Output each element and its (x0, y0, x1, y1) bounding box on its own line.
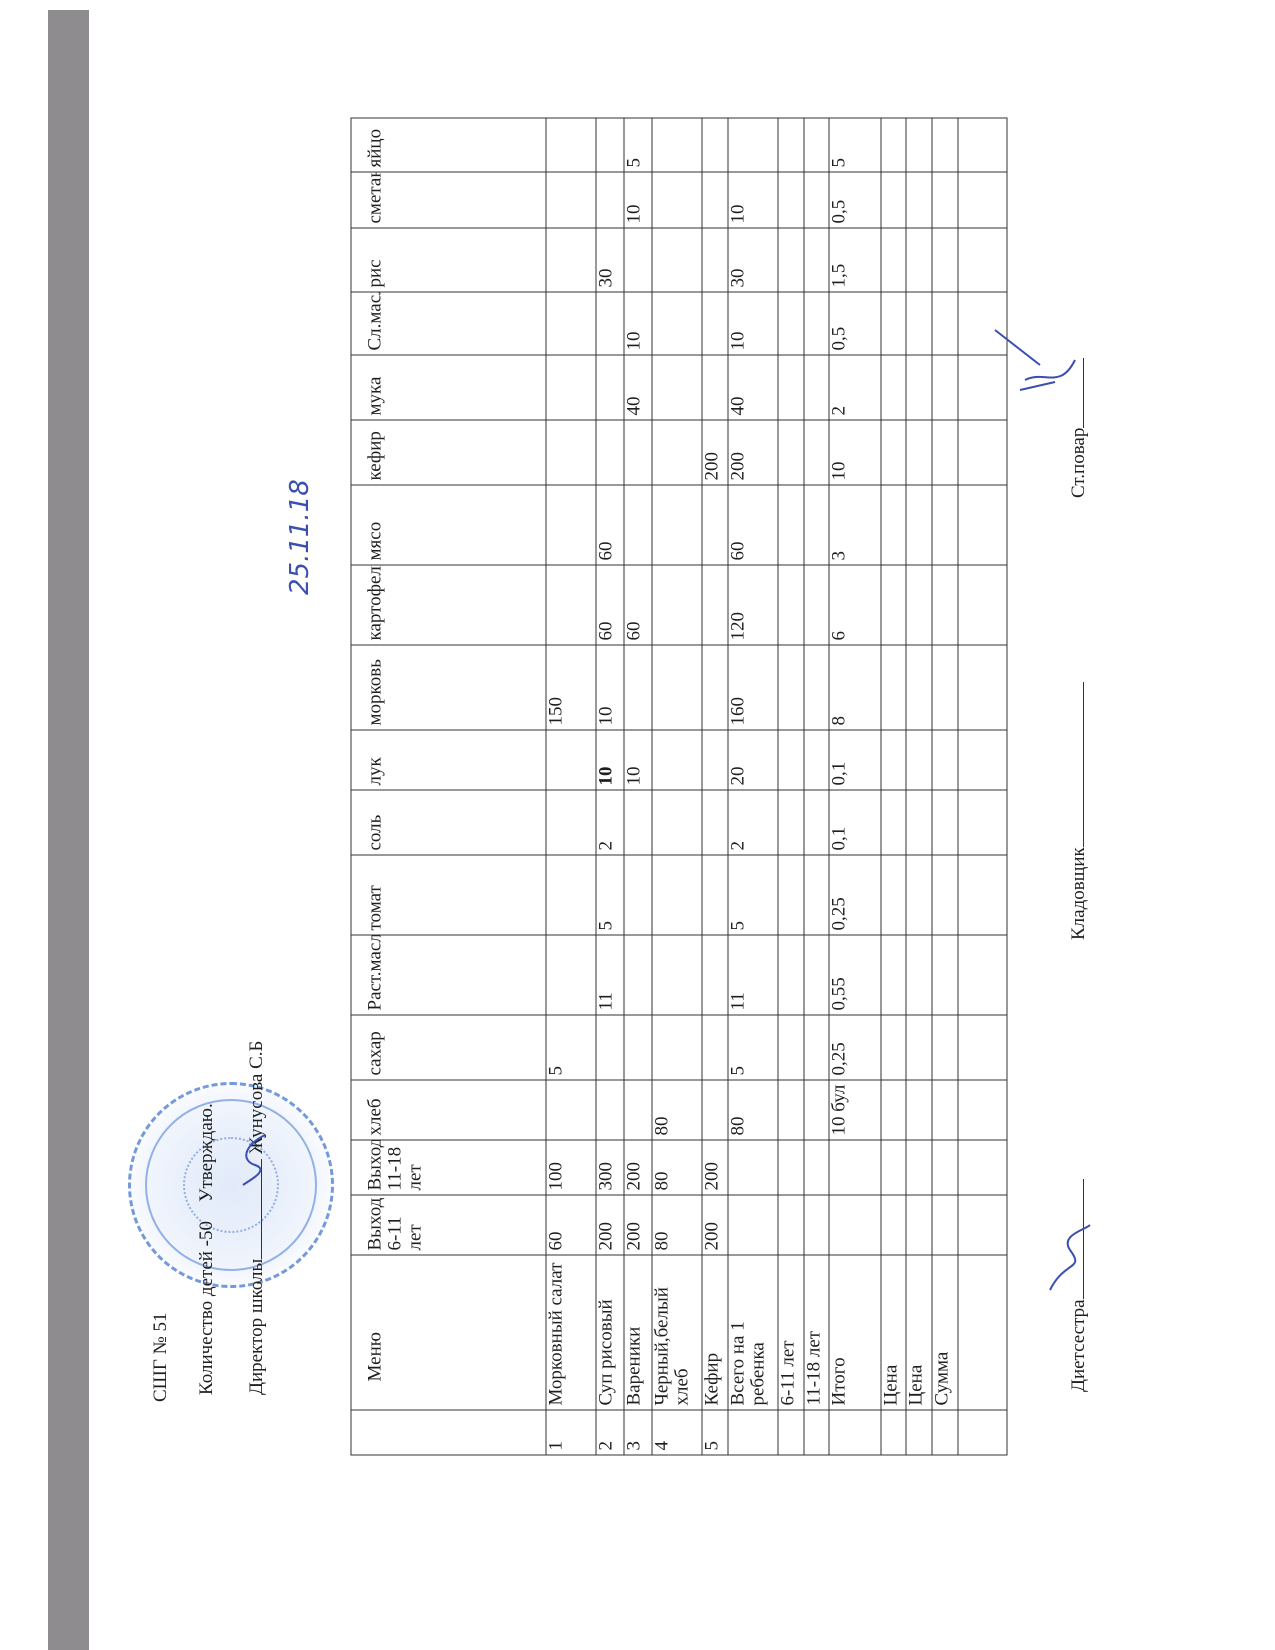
table-cell: 80 (652, 1080, 702, 1140)
approve-label: Утверждаю. (196, 1103, 217, 1202)
table-cell (652, 228, 702, 292)
dish-name: Вареники (624, 1255, 652, 1410)
table-cell (778, 420, 804, 485)
school-name: СШГ № 51 (150, 1313, 171, 1402)
table-cell: 200 (702, 1140, 728, 1195)
table-cell (596, 172, 624, 228)
table-cell (804, 1195, 829, 1255)
column-header: яйцо (351, 118, 546, 172)
dish-name: Черный,белый хлеб (652, 1255, 702, 1410)
table-cell (958, 485, 1007, 565)
table-cell: 150 (546, 645, 596, 730)
table-cell (778, 172, 804, 228)
dish-name: 6-11 лет (778, 1255, 804, 1410)
table-cell (881, 420, 906, 485)
table-cell (906, 565, 932, 645)
row-number: 2 (596, 1410, 624, 1455)
table-cell (702, 292, 728, 355)
table-cell (932, 1015, 958, 1080)
table-cell (829, 1140, 881, 1195)
row-number: 5 (702, 1410, 728, 1455)
table-cell (624, 420, 652, 485)
table-cell: 10 (728, 292, 778, 355)
table-cell: 10 (829, 420, 881, 485)
column-header: рис (351, 228, 546, 292)
table-cell: 0,25 (829, 1015, 881, 1080)
column-header: картофель (351, 565, 546, 645)
table-cell (906, 118, 932, 172)
table-cell: 30 (728, 228, 778, 292)
table-cell (624, 855, 652, 935)
column-header: сахар (351, 1015, 546, 1080)
storekeeper-label: Кладовщик (1068, 847, 1089, 940)
table-cell (804, 172, 829, 228)
table-cell (932, 118, 958, 172)
row-number (829, 1410, 881, 1455)
children-count-line: Количество детей -50 Утверждаю. (196, 1103, 218, 1395)
table-cell (624, 645, 652, 730)
table-cell: 0,25 (829, 855, 881, 935)
table-cell (702, 1015, 728, 1080)
table-cell (932, 645, 958, 730)
table-cell: 200 (702, 1195, 728, 1255)
table-cell (906, 1015, 932, 1080)
table-cell (932, 420, 958, 485)
table-cell (702, 730, 728, 790)
column-header: мясо (351, 485, 546, 565)
table-cell (546, 485, 596, 565)
table-cell (624, 228, 652, 292)
table-cell (624, 935, 652, 1015)
table-cell (906, 1195, 932, 1255)
table-cell (881, 1140, 906, 1195)
table-cell: 20 (728, 730, 778, 790)
table-row: Итого10 бул0,250,550,250,10,18631020,51,… (829, 118, 881, 1455)
dietitian-signature (1040, 1220, 1100, 1300)
table-cell: 8 (829, 645, 881, 730)
table-cell (881, 1195, 906, 1255)
table-cell (829, 1195, 881, 1255)
table-cell (906, 355, 932, 420)
table-cell (881, 355, 906, 420)
table-cell: 60 (596, 485, 624, 565)
column-header: лук (351, 730, 546, 790)
table-cell (546, 172, 596, 228)
table-cell (881, 790, 906, 855)
row-number (728, 1410, 778, 1455)
table-cell (702, 1080, 728, 1140)
table-row: 2Суп рисовый20030011521010606030 (596, 118, 624, 1455)
menu-table-container: МенюВыход 6-11 летВыход 11-18 летхлебсах… (350, 118, 1006, 1455)
dish-name: Цена (906, 1255, 932, 1410)
table-cell: 200 (702, 420, 728, 485)
table-cell: 10 (624, 730, 652, 790)
table-cell (702, 172, 728, 228)
table-cell (958, 1080, 1007, 1140)
table-cell (546, 730, 596, 790)
table-cell (804, 565, 829, 645)
table-cell: 200 (596, 1195, 624, 1255)
table-cell: 30 (596, 228, 624, 292)
table-cell (596, 292, 624, 355)
table-cell (906, 485, 932, 565)
dish-name (958, 1255, 1007, 1410)
table-cell (702, 790, 728, 855)
table-cell: 5 (728, 1015, 778, 1080)
school-title: СШГ № 51 (150, 1313, 172, 1402)
table-cell (624, 1080, 652, 1140)
dish-name: Кефир (702, 1255, 728, 1410)
table-cell (546, 355, 596, 420)
table-cell: 10 (624, 292, 652, 355)
table-cell (804, 292, 829, 355)
table-cell (596, 1015, 624, 1080)
table-cell (702, 645, 728, 730)
table-cell: 10 (596, 645, 624, 730)
table-cell (778, 1080, 804, 1140)
table-cell (728, 1140, 778, 1195)
table-cell (804, 645, 829, 730)
table-cell (652, 645, 702, 730)
table-cell (652, 935, 702, 1015)
table-cell (702, 935, 728, 1015)
table-cell (728, 118, 778, 172)
table-cell (652, 355, 702, 420)
official-stamp (128, 1082, 334, 1288)
table-cell (932, 228, 958, 292)
table-cell (778, 228, 804, 292)
table-cell (958, 855, 1007, 935)
row-number (932, 1410, 958, 1455)
table-cell (958, 1015, 1007, 1080)
table-row: 3Вареники20020010604010105 (624, 118, 652, 1455)
table-cell (778, 355, 804, 420)
table-cell (958, 118, 1007, 172)
table-cell (881, 1015, 906, 1080)
table-cell (804, 855, 829, 935)
table-cell (778, 565, 804, 645)
table-cell (652, 172, 702, 228)
table-cell (546, 935, 596, 1015)
table-cell: 40 (728, 355, 778, 420)
table-cell (652, 565, 702, 645)
row-number (881, 1410, 906, 1455)
table-cell (881, 645, 906, 730)
director-line: Директор школы Жунусова С.Б (246, 1041, 268, 1395)
table-row: 4Черный,белый хлеб808080 (652, 118, 702, 1455)
children-count: Количество детей -50 (196, 1221, 217, 1395)
table-cell (778, 645, 804, 730)
table-cell (906, 935, 932, 1015)
table-row (958, 118, 1007, 1455)
table-cell (932, 1080, 958, 1140)
table-cell (804, 1080, 829, 1140)
table-cell: 5 (624, 118, 652, 172)
table-cell: 160 (728, 645, 778, 730)
table-cell (958, 935, 1007, 1015)
table-cell (906, 730, 932, 790)
table-cell: 3 (829, 485, 881, 565)
table-cell (958, 1195, 1007, 1255)
table-cell (652, 420, 702, 485)
table-cell (778, 292, 804, 355)
table-cell (778, 790, 804, 855)
table-cell: 10 (624, 172, 652, 228)
column-header: мука (351, 355, 546, 420)
table-cell (804, 1015, 829, 1080)
table-cell (596, 118, 624, 172)
table-cell: 60 (596, 565, 624, 645)
table-cell (881, 1080, 906, 1140)
table-cell: 5 (728, 855, 778, 935)
table-cell (932, 935, 958, 1015)
table-cell (881, 118, 906, 172)
table-cell (932, 292, 958, 355)
table-row: Цена (906, 118, 932, 1455)
row-number (958, 1410, 1007, 1455)
table-cell (596, 1080, 624, 1140)
table-cell (546, 420, 596, 485)
table-cell (932, 730, 958, 790)
table-cell (881, 228, 906, 292)
table-cell (958, 420, 1007, 485)
table-row: 6-11 лет (778, 118, 804, 1455)
table-row: Всего на 1 ребенка8051152201601206020040… (728, 118, 778, 1455)
table-cell (804, 485, 829, 565)
table-cell (546, 565, 596, 645)
table-cell: 120 (728, 565, 778, 645)
table-cell: 200 (624, 1195, 652, 1255)
column-header: сметана (351, 172, 546, 228)
dish-name: Итого (829, 1255, 881, 1410)
table-cell (958, 645, 1007, 730)
table-cell (804, 790, 829, 855)
header-row: МенюВыход 6-11 летВыход 11-18 летхлебсах… (351, 118, 546, 1455)
table-cell: 0,5 (829, 292, 881, 355)
table-cell (778, 1015, 804, 1080)
table-cell: 0,5 (829, 172, 881, 228)
table-cell (652, 1015, 702, 1080)
table-cell (624, 1015, 652, 1080)
table-cell: 5 (596, 855, 624, 935)
table-cell (778, 855, 804, 935)
table-cell (932, 355, 958, 420)
dish-name: Сумма (932, 1255, 958, 1410)
column-header: морковь (351, 645, 546, 730)
table-cell (702, 855, 728, 935)
chef-signature (985, 320, 1095, 410)
table-cell (804, 355, 829, 420)
row-number: 1 (546, 1410, 596, 1455)
table-cell (958, 1140, 1007, 1195)
table-cell (958, 565, 1007, 645)
table-cell (932, 855, 958, 935)
table-cell (932, 790, 958, 855)
table-cell (652, 855, 702, 935)
table-cell (906, 420, 932, 485)
table-cell: 0,1 (829, 790, 881, 855)
table-cell: 10 (728, 172, 778, 228)
table-cell (652, 730, 702, 790)
table-cell (778, 485, 804, 565)
column-header: Сл.масло (351, 292, 546, 355)
table-cell: 2 (728, 790, 778, 855)
table-cell: 200 (728, 420, 778, 485)
table-cell (778, 730, 804, 790)
table-cell (881, 485, 906, 565)
table-cell (906, 292, 932, 355)
table-cell (546, 228, 596, 292)
table-cell: 300 (596, 1140, 624, 1195)
table-cell (804, 228, 829, 292)
column-header: Выход 6-11 лет (351, 1195, 546, 1255)
table-cell (624, 485, 652, 565)
column-header: Меню (351, 1255, 546, 1410)
table-cell: 60 (728, 485, 778, 565)
table-cell: 1,5 (829, 228, 881, 292)
chef-label: Ст.повар (1068, 428, 1089, 498)
table-row: Сумма (932, 118, 958, 1455)
table-cell (881, 935, 906, 1015)
table-cell: 11 (728, 935, 778, 1015)
dish-name: 11-18 лет (804, 1255, 829, 1410)
table-cell (702, 228, 728, 292)
table-cell: 10 (596, 730, 624, 790)
dish-name: Цена (881, 1255, 906, 1410)
table-cell: 0,55 (829, 935, 881, 1015)
row-number: 3 (624, 1410, 652, 1455)
table-cell (804, 730, 829, 790)
row-number: 4 (652, 1410, 702, 1455)
table-cell: 80 (652, 1195, 702, 1255)
table-cell (932, 1140, 958, 1195)
table-cell (932, 172, 958, 228)
table-cell (958, 172, 1007, 228)
table-cell (652, 790, 702, 855)
table-cell (702, 118, 728, 172)
table-cell: 2 (596, 790, 624, 855)
table-cell (881, 292, 906, 355)
table-cell (881, 172, 906, 228)
table-cell (906, 790, 932, 855)
table-cell (702, 565, 728, 645)
dish-name: Суп рисовый (596, 1255, 624, 1410)
director-signature (235, 1130, 275, 1190)
table-cell (881, 730, 906, 790)
column-header: хлеб (351, 1080, 546, 1140)
column-header: соль (351, 790, 546, 855)
row-number (906, 1410, 932, 1455)
scan-edge (48, 10, 89, 1650)
table-cell: 40 (624, 355, 652, 420)
table-cell: 6 (829, 565, 881, 645)
column-header: Раст.масло (351, 935, 546, 1015)
menu-table: МенюВыход 6-11 летВыход 11-18 летхлебсах… (350, 117, 1007, 1455)
table-cell (906, 855, 932, 935)
table-cell (932, 485, 958, 565)
table-cell (932, 565, 958, 645)
table-cell (596, 355, 624, 420)
column-header: Выход 11-18 лет (351, 1140, 546, 1195)
table-cell (804, 935, 829, 1015)
table-cell (804, 1140, 829, 1195)
table-cell (906, 228, 932, 292)
dietitian-label: Диетсестра (1068, 1299, 1089, 1392)
table-cell (546, 855, 596, 935)
table-cell (778, 118, 804, 172)
table-cell (958, 790, 1007, 855)
handwritten-date: 25.11.18 (285, 479, 315, 595)
column-header (351, 1410, 546, 1455)
table-cell (881, 565, 906, 645)
table-cell (546, 790, 596, 855)
table-cell: 60 (624, 565, 652, 645)
table-cell (906, 172, 932, 228)
table-cell (906, 645, 932, 730)
column-header: томат (351, 855, 546, 935)
table-cell (804, 420, 829, 485)
table-cell (546, 118, 596, 172)
row-number (804, 1410, 829, 1455)
table-cell (958, 730, 1007, 790)
table-cell (652, 485, 702, 565)
table-cell (906, 1080, 932, 1140)
table-cell (596, 420, 624, 485)
table-cell (778, 1195, 804, 1255)
table-row: Цена (881, 118, 906, 1455)
table-cell (652, 118, 702, 172)
table-cell (778, 1140, 804, 1195)
table-cell: 60 (546, 1195, 596, 1255)
table-row: 11-18 лет (804, 118, 829, 1455)
table-cell (881, 855, 906, 935)
table-row: 1Морковный салат601005150 (546, 118, 596, 1455)
table-cell (778, 935, 804, 1015)
table-cell (702, 355, 728, 420)
dish-name: Всего на 1 ребенка (728, 1255, 778, 1410)
table-cell (702, 485, 728, 565)
column-header: кефир (351, 420, 546, 485)
director-label: Директор школы (246, 1259, 267, 1395)
table-cell: 5 (546, 1015, 596, 1080)
table-cell (906, 1140, 932, 1195)
table-cell: 11 (596, 935, 624, 1015)
table-row: 5Кефир200200200 (702, 118, 728, 1455)
table-cell (652, 292, 702, 355)
signature-storekeeper: Кладовщик (1068, 682, 1090, 940)
table-cell (958, 228, 1007, 292)
dish-name: Морковный салат (546, 1255, 596, 1410)
table-cell: 10 бул (829, 1080, 881, 1140)
row-number (778, 1410, 804, 1455)
table-cell: 2 (829, 355, 881, 420)
table-cell: 80 (652, 1140, 702, 1195)
table-cell (728, 1195, 778, 1255)
table-cell (546, 292, 596, 355)
storekeeper-blank (1083, 682, 1084, 847)
table-cell (932, 1195, 958, 1255)
table-cell: 100 (546, 1140, 596, 1195)
table-cell (624, 790, 652, 855)
table-cell: 0,1 (829, 730, 881, 790)
table-cell: 80 (728, 1080, 778, 1140)
table-cell (804, 118, 829, 172)
table-cell: 5 (829, 118, 881, 172)
table-cell: 200 (624, 1140, 652, 1195)
table-cell (546, 1080, 596, 1140)
